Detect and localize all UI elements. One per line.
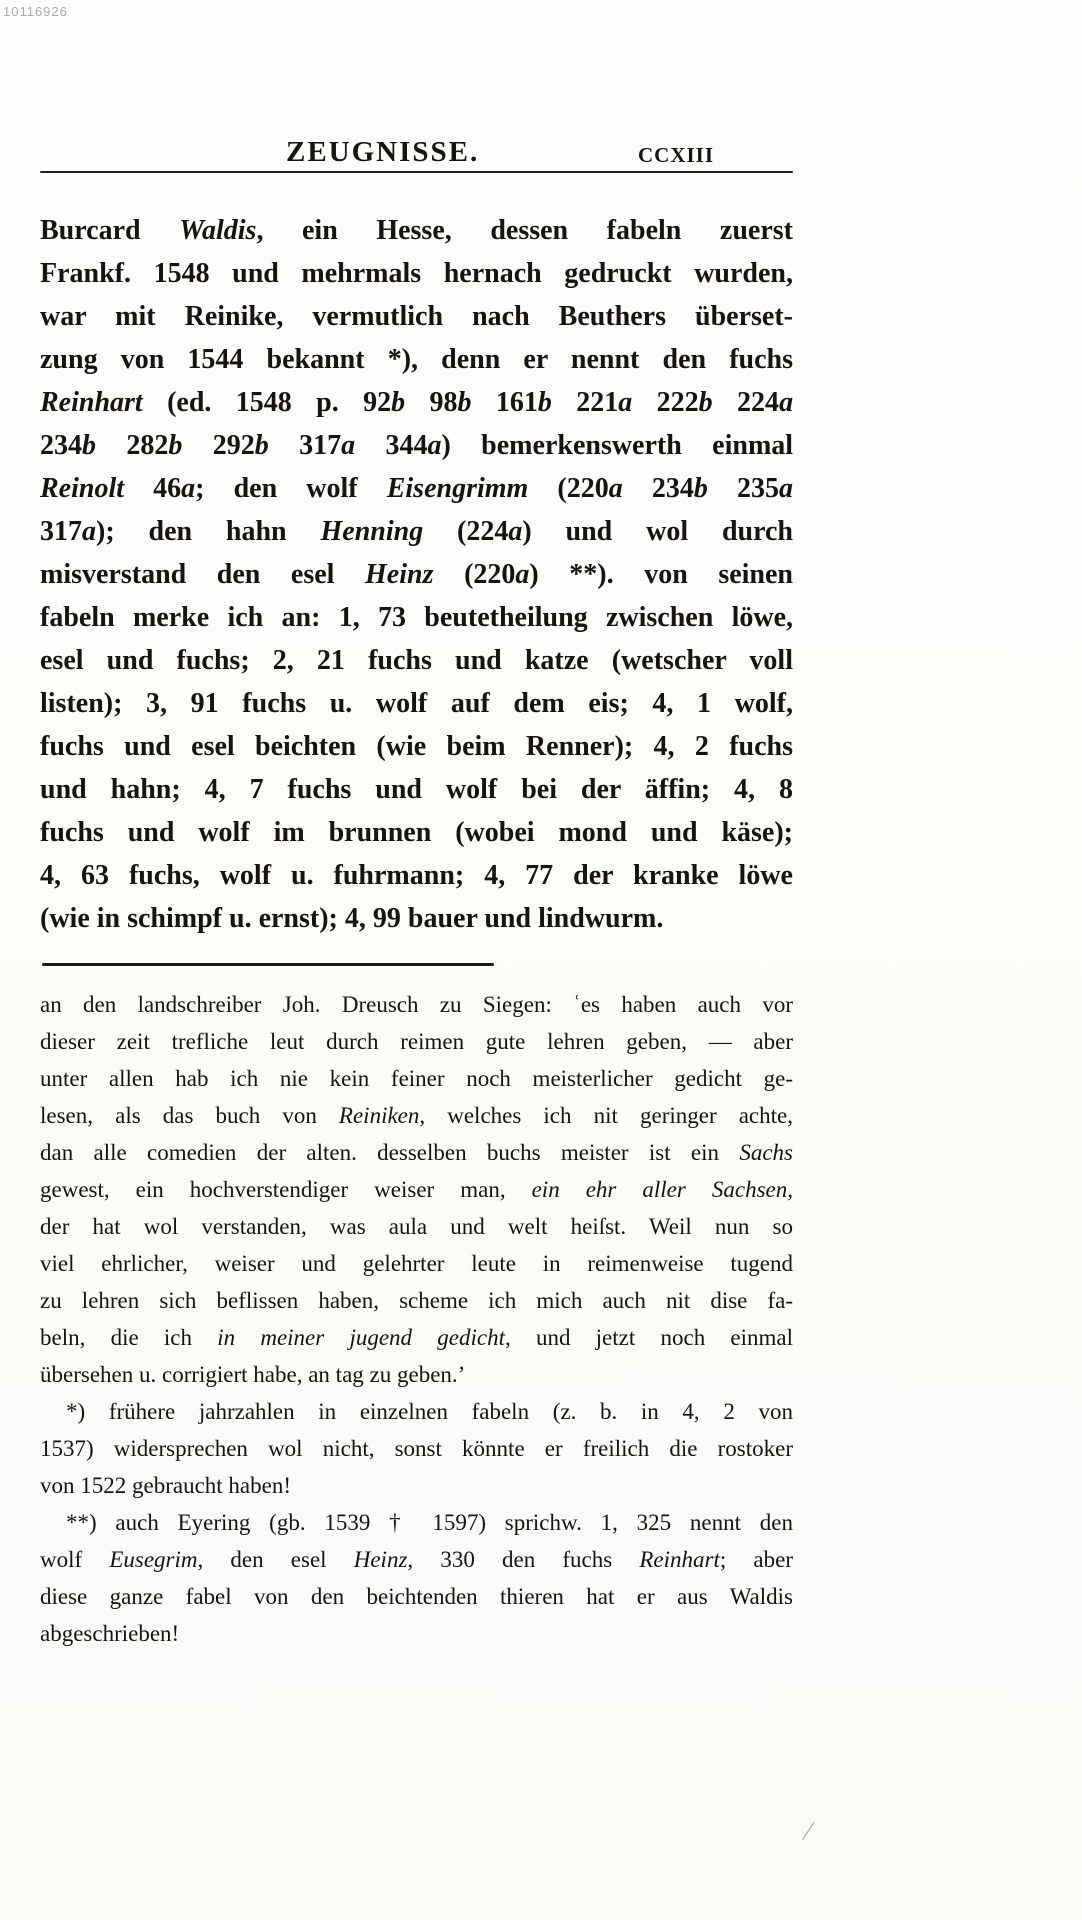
text-line: unter allen hab ich nie kein feiner noch… <box>40 1060 793 1097</box>
text-line: listen); 3, 91 fuchs u. wolf auf dem eis… <box>40 682 793 725</box>
text-line: abgeschrieben! <box>40 1615 793 1652</box>
text-line: **) auch Eyering (gb. 1539 † 1597) spric… <box>40 1504 793 1541</box>
page-title: ZEUGNISSE. <box>286 136 479 169</box>
text-line: 317a); den hahn Henning (224a) und wol d… <box>40 510 793 553</box>
text-line: gewest, ein hochverstendiger weiser man,… <box>40 1171 793 1208</box>
stray-mark: / <box>802 1816 813 1849</box>
text-line: lesen, als das buch von Reiniken, welche… <box>40 1097 793 1134</box>
text-line: misverstand den esel Heinz (220a) **). v… <box>40 553 793 596</box>
text-line: diese ganze fabel von den beichtenden th… <box>40 1578 793 1615</box>
text-line: der hat wol verstanden, was aula und wel… <box>40 1208 793 1245</box>
text-line: übersehen u. corrigiert habe, an tag zu … <box>40 1356 793 1393</box>
text-line: zu lehren sich beflissen haben, scheme i… <box>40 1282 793 1319</box>
text-line: zung von 1544 bekannt *), denn er nennt … <box>40 338 793 381</box>
text-line: 4, 63 fuchs, wolf u. fuhrmann; 4, 77 der… <box>40 854 793 897</box>
page-number: CCXIII <box>638 143 714 168</box>
footnote-text: an den landschreiber Joh. Dreusch zu Sie… <box>40 986 793 1652</box>
text-line: Frankf. 1548 und mehrmals hernach gedruc… <box>40 252 793 295</box>
text-line: *) frühere jahrzahlen in einzelnen fabel… <box>40 1393 793 1430</box>
text-line: viel ehrlicher, weiser und gelehrter leu… <box>40 1245 793 1282</box>
main-text: Burcard Waldis, ein Hesse, dessen fabeln… <box>40 209 793 940</box>
text-line: 234b 282b 292b 317a 344a) bemerkenswerth… <box>40 424 793 467</box>
text-line: Reinolt 46a; den wolf Eisengrimm (220a 2… <box>40 467 793 510</box>
text-line: 1537) widersprechen wol nicht, sonst kön… <box>40 1430 793 1467</box>
text-line: und hahn; 4, 7 fuchs und wolf bei der äf… <box>40 768 793 811</box>
text-line: Reinhart (ed. 1548 p. 92b 98b 161b 221a … <box>40 381 793 424</box>
text-line: wolf Eusegrim, den esel Heinz, 330 den f… <box>40 1541 793 1578</box>
text-line: fuchs und wolf im brunnen (wobei mond un… <box>40 811 793 854</box>
text-line: dan alle comedien der alten. desselben b… <box>40 1134 793 1171</box>
text-line: beln, die ich in meiner jugend gedicht, … <box>40 1319 793 1356</box>
text-line: (wie in schimpf u. ernst); 4, 99 bauer u… <box>40 897 793 940</box>
scan-id: 10116926 <box>3 4 68 19</box>
text-line: esel und fuchs; 2, 21 fuchs und katze (w… <box>40 639 793 682</box>
text-line: Burcard Waldis, ein Hesse, dessen fabeln… <box>40 209 793 252</box>
page-header: ZEUGNISSE. CCXIII <box>40 136 793 170</box>
text-line: dieser zeit trefliche leut durch reimen … <box>40 1023 793 1060</box>
text-line: fuchs und esel beichten (wie beim Renner… <box>40 725 793 768</box>
header-rule <box>40 171 793 173</box>
text-line: fabeln merke ich an: 1, 73 beutetheilung… <box>40 596 793 639</box>
footnote-separator <box>42 963 494 966</box>
text-line: von 1522 gebraucht haben! <box>40 1467 793 1504</box>
text-line: an den landschreiber Joh. Dreusch zu Sie… <box>40 986 793 1023</box>
text-line: war mit Reinike, vermutlich nach Beuther… <box>40 295 793 338</box>
